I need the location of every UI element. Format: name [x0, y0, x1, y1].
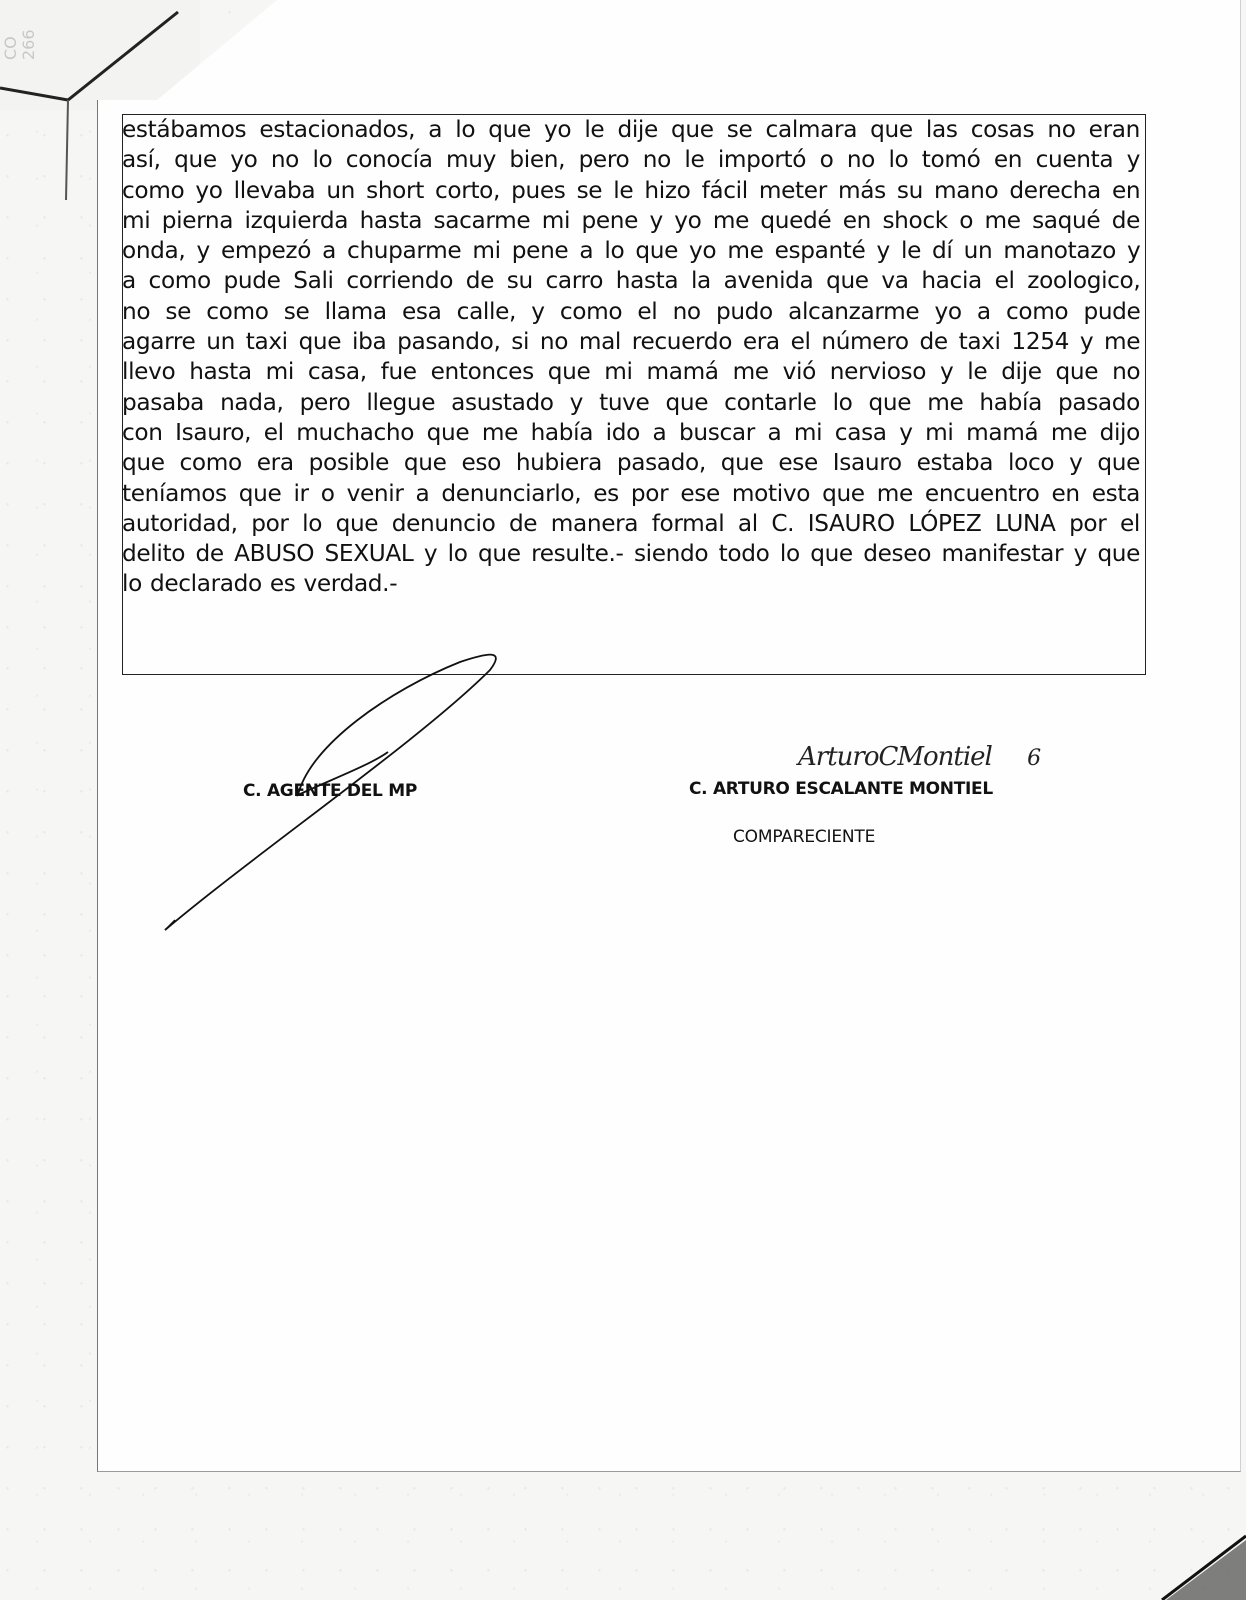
- page-stamp: CO 266: [2, 2, 60, 60]
- handwritten-name: ArturoCMontiel: [798, 742, 992, 772]
- statement-line: delito de ABUSO SEXUAL y lo que resulte.…: [122, 539, 1140, 569]
- statement-line: estábamos estacionados, a lo que yo le d…: [122, 115, 1140, 145]
- statement-line: pasaba nada, pero llegue asustado y tuve…: [122, 388, 1140, 418]
- handwritten-signature: ArturoCMontiel 6: [798, 742, 1040, 772]
- statement-line: agarre un taxi que iba pasando, si no ma…: [122, 327, 1140, 357]
- statement-line: lo declarado es verdad.-: [122, 569, 1140, 599]
- statement-line: onda, y empezó a chuparme mi pene a lo q…: [122, 236, 1140, 266]
- handwritten-mark: 6: [1027, 746, 1040, 771]
- statement-body: estábamos estacionados, a lo que yo le d…: [122, 115, 1140, 600]
- page-corner-shadow: [1156, 1530, 1246, 1600]
- statement-line: que como era posible que eso hubiera pas…: [122, 448, 1140, 478]
- statement-line: como yo llevaba un short corto, pues se …: [122, 176, 1140, 206]
- complainant-role: COMPARECIENTE: [733, 827, 875, 847]
- statement-line: así, que yo no lo conocía muy bien, pero…: [122, 145, 1140, 175]
- statement-line: a como pude Sali corriendo de su carro h…: [122, 266, 1140, 296]
- statement-line: autoridad, por lo que denuncio de manera…: [122, 509, 1140, 539]
- statement-line: llevo hasta mi casa, fue entonces que mi…: [122, 357, 1140, 387]
- agent-signature-label: C. AGENTE DEL MP: [243, 781, 417, 801]
- statement-line: teníamos que ir o venir a denunciarlo, e…: [122, 479, 1140, 509]
- complainant-signature-label: C. ARTURO ESCALANTE MONTIEL: [689, 779, 993, 799]
- statement-line: no se como se llama esa calle, y como el…: [122, 297, 1140, 327]
- statement-line: con Isauro, el muchacho que me había ido…: [122, 418, 1140, 448]
- statement-line: mi pierna izquierda hasta sacarme mi pen…: [122, 206, 1140, 236]
